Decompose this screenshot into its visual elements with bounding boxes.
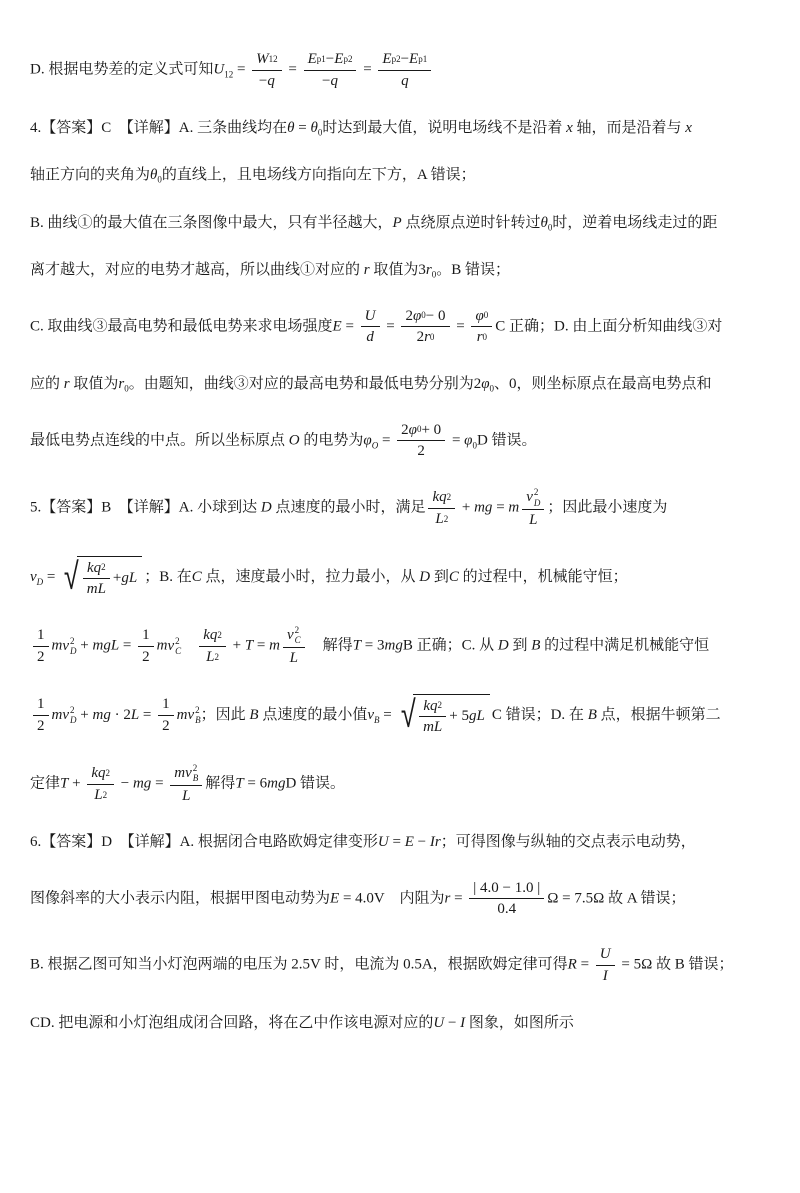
fraction: Ep2 − Ep1q: [378, 50, 431, 91]
fraction: W12−q: [252, 50, 282, 91]
fraction: 2φ0 − 02r0: [401, 307, 449, 348]
fraction: kq2mL: [83, 559, 110, 600]
q6-answer-line-2: 图像斜率的大小表示内阻，根据甲图电动势为E = 4.0V 内阻为r = | 4.…: [30, 879, 770, 920]
q5-answer-line-3: 12mv2D + mgL = 12mv2C kq2L2 + T = mv2CL …: [30, 625, 770, 667]
q6-answer-line-4: CD. 把电源和小灯泡组成闭合回路，将在乙中作该电源对应的U − I 图象，如图…: [30, 1012, 770, 1035]
document-page: D. 根据电势差的定义式可知U12 = W12−q = Ep1 − Ep2−q …: [0, 0, 800, 1193]
fraction: kq2L2: [428, 488, 455, 529]
fraction: v2DL: [522, 487, 544, 529]
q4-answer-line-2: 轴正方向的夹角为θ0的直线上，且电场线方向指向左下方，A 错误；: [30, 164, 770, 188]
fraction: | 4.0 − 1.0 |0.4: [469, 879, 544, 920]
q5-answer-line-4: 12mv2D + mg · 2L = 12mv2B；因此 B 点速度的最小值vB…: [30, 694, 770, 738]
fraction: 12: [138, 626, 154, 667]
fraction: 12: [158, 695, 174, 736]
fraction: kq2L2: [199, 626, 226, 667]
fraction: Ud: [361, 307, 380, 348]
fraction: v2CL: [283, 625, 305, 667]
fraction: 12: [33, 626, 49, 667]
fraction: mv2BL: [170, 763, 202, 805]
fraction: kq2mL: [419, 697, 446, 738]
q6-answer-line-3: B. 根据乙图可知当小灯泡两端的电压为 2.5V 时，电流为 0.5A，根据欧姆…: [30, 945, 770, 986]
q5-answer-line-5: 定律T + kq2L2 − mg = mv2BL解得T = 6mgD 错误。: [30, 763, 770, 805]
fraction: UI: [596, 945, 615, 986]
fraction: Ep1 − Ep2−q: [304, 50, 357, 91]
fraction: φ0r0: [471, 307, 492, 348]
q4-answer-line-7: 最低电势点连线的中点。所以坐标原点 O 的电势为φO = 2φ0 + 02 = …: [30, 421, 770, 462]
q5-answer-line-1: 5.【答案】B 【详解】A. 小球到达 D 点速度的最小时，满足kq2L2 + …: [30, 487, 770, 529]
q4-answer-line-3: B. 曲线①的最大值在三条图像中最大，只有半径越大，P 点绕原点逆时针转过θ0时…: [30, 212, 770, 236]
square-root: √kq2mL + gL: [61, 556, 142, 600]
fraction: 2φ0 + 02: [397, 421, 445, 462]
q4-answer-line-1: 4.【答案】C 【详解】A. 三条曲线均在θ = θ0时达到最大值，说明电场线不…: [30, 117, 770, 141]
square-root: √kq2mL + 5gL: [398, 694, 490, 738]
q4-answer-line-4: 离才越大，对应的电势才越高，所以曲线①对应的 r 取值为3r0。B 错误；: [30, 259, 770, 283]
radical-icon: √: [400, 699, 415, 731]
q5-answer-line-2: vD = √kq2mL + gL；B. 在C 点，速度最小时，拉力最小，从 D …: [30, 556, 770, 600]
fraction: 12: [33, 695, 49, 736]
q6-answer-line-1: 6.【答案】D 【详解】A. 根据闭合电路欧姆定律变形U = E − Ir；可得…: [30, 831, 770, 854]
q4-answer-line-5: C. 取曲线③最高电势和最低电势来求电场强度E = Ud = 2φ0 − 02r…: [30, 307, 770, 348]
radical-icon: √: [64, 561, 79, 593]
fraction: kq2L2: [87, 764, 114, 805]
q4-answer-line-6: 应的 r 取值为r0。由题知，曲线③对应的最高电势和最低电势分别为2φ0、0，则…: [30, 373, 770, 397]
option-d-explanation-line: D. 根据电势差的定义式可知U12 = W12−q = Ep1 − Ep2−q …: [30, 50, 770, 91]
